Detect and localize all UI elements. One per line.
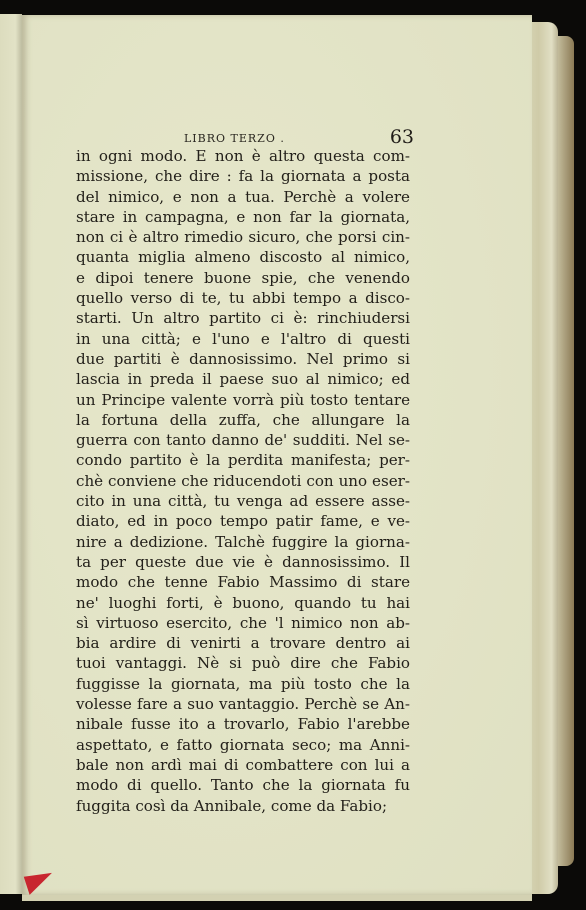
text-line: del nimico, e non a tua. Perchè a volere (76, 187, 410, 207)
text-line: due partiti è dannosissimo. Nel primo si (76, 349, 410, 369)
text-line: quanta miglia almeno discosto al nimico, (76, 247, 410, 267)
text-line: aspettato, e fatto giornata seco; ma Ann… (76, 735, 410, 755)
text-line: volesse fare a suo vantaggio. Perchè se … (76, 694, 410, 714)
text-line: modo di quello. Tanto che la giornata fu (76, 775, 410, 795)
text-line: chè conviene che riducendoti con uno ese… (76, 471, 410, 491)
text-line: fuggita così da Annibale, come da Fabio; (76, 796, 410, 816)
text-line: la fortuna della zuffa, che allungare la (76, 410, 410, 430)
body-text: in ogni modo. E non è altro questa com- … (76, 146, 410, 816)
text-line: condo partito è la perdita manifesta; pe… (76, 450, 410, 470)
text-line: non ci è altro rimedio sicuro, che porsi… (76, 227, 410, 247)
book-cover-edge (556, 36, 574, 866)
text-line: missione, che dire : fa la giornata a po… (76, 166, 410, 186)
text-line: in una città; e l'uno e l'altro di quest… (76, 329, 410, 349)
text-line: quello verso di te, tu abbi tempo a disc… (76, 288, 410, 308)
text-line: nibale fusse ito a trovarlo, Fabio l'are… (76, 714, 410, 734)
text-line: fuggisse la giornata, ma più tosto che l… (76, 674, 410, 694)
text-line: cito in una città, tu venga ad essere as… (76, 491, 410, 511)
running-title: LIBRO TERZO . (184, 132, 285, 145)
text-line: sì virtuoso esercito, che 'l nimico non … (76, 613, 410, 633)
text-line: bale non ardì mai di combattere con lui … (76, 755, 410, 775)
text-line: e dipoi tenere buone spie, che venendo (76, 268, 410, 288)
text-line: bia ardire di venirti a trovare dentro a… (76, 633, 410, 653)
text-line: lascia in preda il paese suo al nimico; … (76, 369, 410, 389)
text-line: starti. Un altro partito ci è: rinchiude… (76, 308, 410, 328)
text-line: ta per queste due vie è dannosissimo. Il (76, 552, 410, 572)
text-line: guerra con tanto danno de' sudditi. Nel … (76, 430, 410, 450)
text-line: modo che tenne Fabio Massimo di stare (76, 572, 410, 592)
text-line: ne' luoghi forti, è buono, quando tu hai (76, 593, 410, 613)
text-line: stare in campagna, e non far la giornata… (76, 207, 410, 227)
page-number: 63 (390, 126, 414, 148)
text-line: un Principe valente vorrà più tosto tent… (76, 390, 410, 410)
text-line: in ogni modo. E non è altro questa com- (76, 146, 410, 166)
text-line: tuoi vantaggi. Nè si può dire che Fabio (76, 653, 410, 673)
facing-page-edge (0, 14, 22, 894)
text-line: diato, ed in poco tempo patir fame, e ve… (76, 511, 410, 531)
text-line: nire a dedizione. Talchè fuggire la gior… (76, 532, 410, 552)
